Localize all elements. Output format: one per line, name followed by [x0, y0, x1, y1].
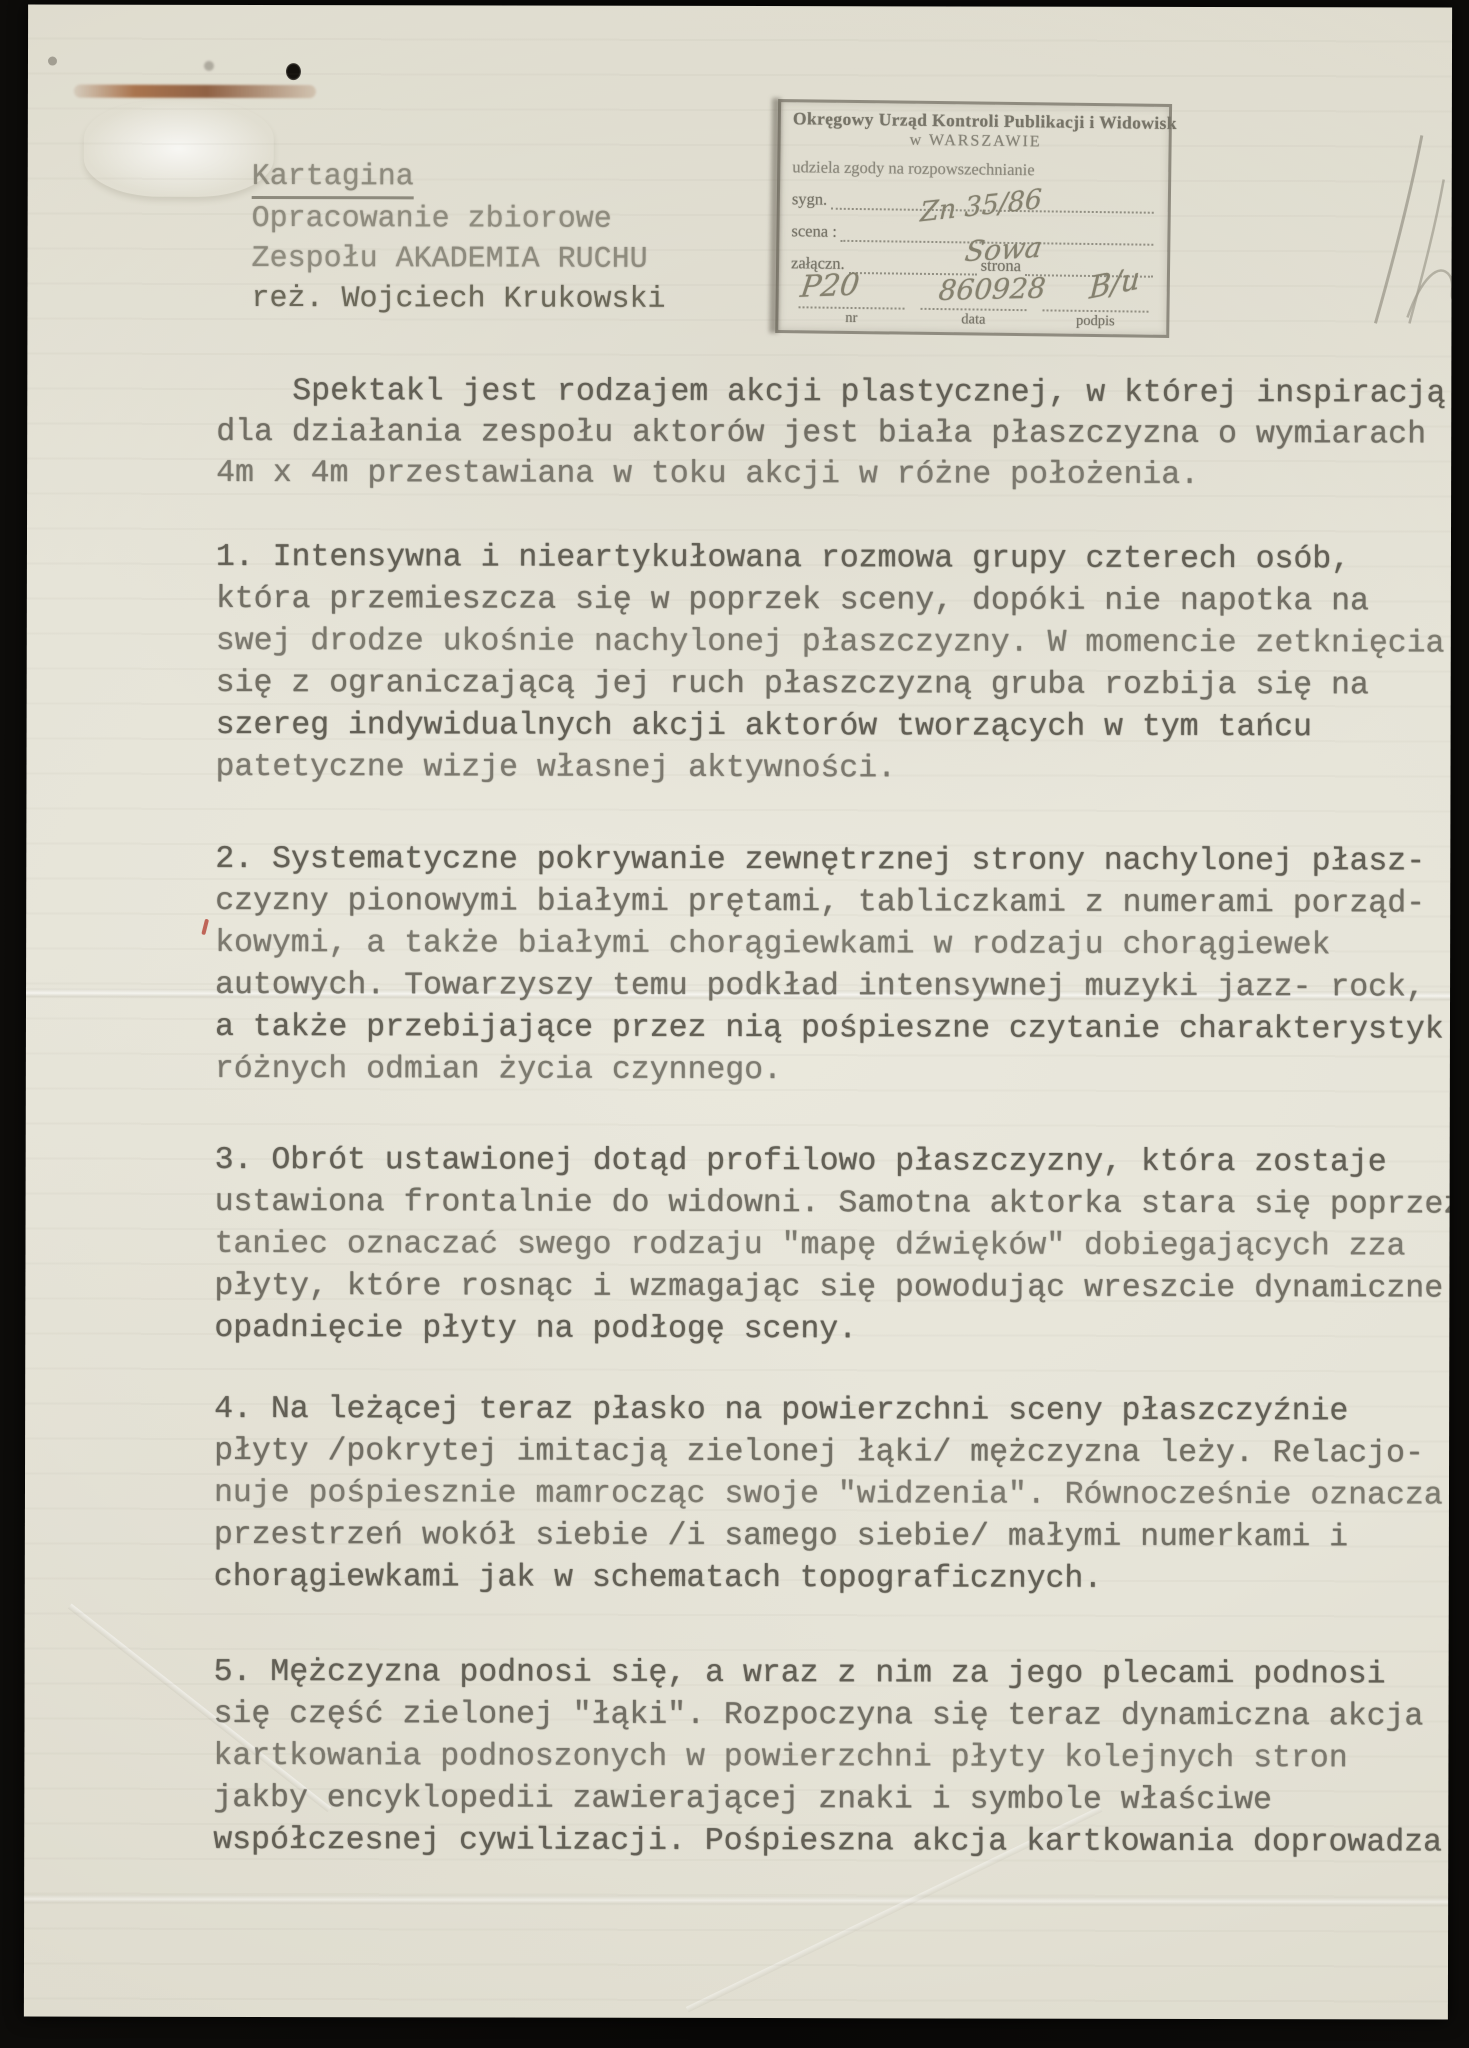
punch-hole-faint: [204, 61, 214, 71]
typed-line: się z ograniczającą jej ruch płaszczyzną…: [216, 663, 1451, 708]
handwritten-date: 860928: [937, 272, 1047, 307]
rust-staple-stain: [74, 85, 316, 99]
red-ink-fleck: [201, 919, 209, 935]
stamp-scena-label: scena :: [791, 221, 837, 242]
document-title: Kartagina: [252, 160, 414, 199]
byline-ensemble: Zespołu AKADEMIA RUCHU: [252, 242, 648, 277]
typed-line: patetyczne wizje własnej aktywności.: [215, 747, 1450, 792]
typed-line: kartkowania podnoszonych w powierzchni p…: [213, 1736, 1448, 1781]
fold-crease: [24, 1895, 1448, 1908]
stamp-sygn-label: sygn.: [792, 189, 828, 209]
scan-background: Kartagina Opracowanie zbiorowe Zespołu A…: [0, 0, 1469, 2048]
typed-line: 5. Mężczyzna podnosi się, a wraz z nim z…: [214, 1652, 1449, 1697]
typed-line: płyty, które rosnąc i wzmagając się powo…: [214, 1266, 1449, 1311]
stamp-label-data: data: [920, 308, 1026, 329]
corner-speck: [48, 57, 57, 66]
stamp-label-nr: nr: [798, 306, 904, 327]
typed-line: współczesnej cywilizacji. Pośpieszna akc…: [213, 1820, 1448, 1865]
typed-line: kowymi, a także białymi chorągiewkami w …: [215, 923, 1450, 968]
typed-line: 4. Na leżącej teraz płasko na powierzchn…: [214, 1389, 1449, 1434]
crumple-mark: [84, 101, 274, 197]
typed-line: taniec oznaczać swego rodzaju "mapę dźwi…: [214, 1224, 1449, 1269]
typed-line: się część zielonej "łąki". Rozpoczyna si…: [213, 1694, 1448, 1739]
stamp-city: w WARSZAWIE: [793, 130, 1159, 153]
typed-line: swej drodze ukośnie nachylonej płaszczyz…: [216, 621, 1451, 666]
typed-line: nuje pośpiesznie mamrocząc swoje "widzen…: [214, 1473, 1449, 1518]
typed-line: 1. Intensywna i nieartykułowana rozmowa …: [216, 537, 1451, 582]
paragraph-intro: Spektakl jest rodzajem akcji plastycznej…: [216, 371, 1451, 497]
typed-line: chorągiewkami jak w schematach topografi…: [214, 1557, 1449, 1602]
paragraph-item-1: 1. Intensywna i nieartykułowana rozmowa …: [215, 537, 1451, 792]
typed-line: która przemieszcza się w poprzek sceny, …: [216, 579, 1451, 624]
typed-line: 3. Obrót ustawionej dotąd profilowo płas…: [215, 1140, 1450, 1185]
paragraph-item-5: 5. Mężczyzna podnosi się, a wraz z nim z…: [213, 1652, 1448, 1865]
typed-line: dla działania zespołu aktorów jest biała…: [216, 412, 1451, 456]
typed-line: czyzny pionowymi białymi prętami, tablic…: [215, 881, 1450, 926]
stamp-bottom-labels: nr data podpis: [790, 306, 1156, 331]
typed-line: 2. Systematyczne pokrywanie zewnętrznej …: [215, 839, 1450, 884]
document-page: Kartagina Opracowanie zbiorowe Zespołu A…: [24, 5, 1452, 2020]
handwritten-nr: P20: [798, 267, 861, 305]
typed-line: Spektakl jest rodzajem akcji plastycznej…: [216, 371, 1451, 415]
byline-director: reż. Wojciech Krukowski: [251, 282, 665, 317]
paragraph-item-4: 4. Na leżącej teraz płasko na powierzchn…: [214, 1389, 1449, 1602]
typed-line: a także przebijające przez nią pośpieszn…: [215, 1007, 1450, 1052]
stamp-label-podpis: podpis: [1042, 309, 1148, 330]
punch-hole: [286, 63, 301, 80]
typed-line: płyty /pokrytej imitacją zielonej łąki/ …: [214, 1431, 1449, 1476]
pencil-signature-mark: [1359, 127, 1452, 337]
typed-line: różnych odmian życia czynnego.: [215, 1049, 1450, 1094]
byline-collective: Opracowanie zbiorowe: [252, 202, 612, 237]
typed-line: ustawiona frontalnie do widowni. Samotna…: [215, 1182, 1450, 1227]
paragraph-item-3: 3. Obrót ustawionej dotąd profilowo płas…: [214, 1140, 1449, 1353]
censorship-stamp: Okręgowy Urząd Kontroli Publikacji i Wid…: [775, 99, 1172, 338]
stamp-grant-line: udziela zgody na rozpowszechnianie: [792, 157, 1158, 182]
typed-line: 4m x 4m przestawiana w toku akcji w różn…: [216, 453, 1451, 497]
paragraph-item-2: 2. Systematyczne pokrywanie zewnętrznej …: [215, 839, 1451, 1094]
typed-line: autowych. Towarzyszy temu podkład intens…: [215, 965, 1450, 1010]
title-block: Kartagina Opracowanie zbiorowe Zespołu A…: [28, 5, 1452, 8]
typed-line: szereg indywidualnych akcji aktorów twor…: [216, 705, 1451, 750]
typed-line: opadnięcie płyty na podłogę sceny.: [214, 1308, 1449, 1353]
typed-line: jakby encyklopedii zawierającej znaki i …: [213, 1778, 1448, 1823]
typed-line: przestrzeń wokół siebie /i samego siebie…: [214, 1515, 1449, 1560]
handwritten-scena-entry: Sowa: [963, 231, 1045, 269]
